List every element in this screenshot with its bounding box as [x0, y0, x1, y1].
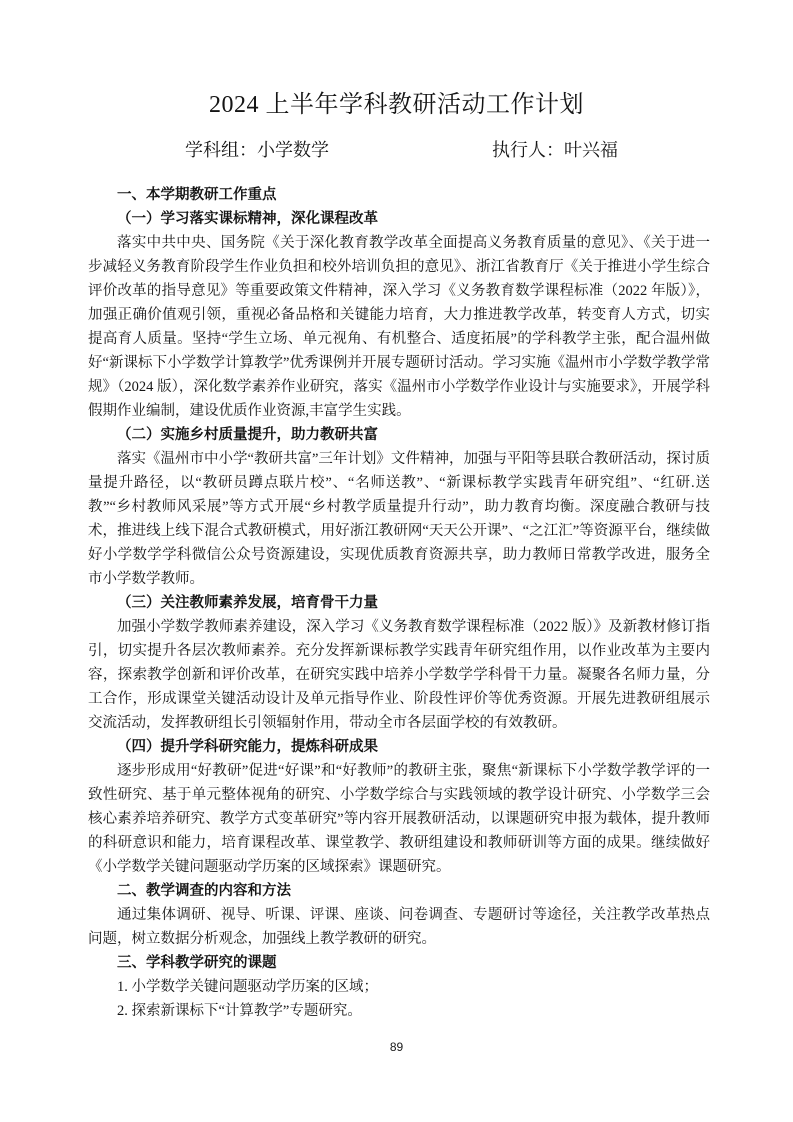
body-paragraph: 通过集体调研、视导、听课、评课、座谈、问卷调查、专题研讨等途径，关注教学改革热点…	[88, 903, 710, 951]
numbered-item: 1. 小学数学关键问题驱动学历案的区域；	[88, 975, 710, 999]
numbered-item: 2. 探索新课标下“计算教学”专题研究。	[88, 999, 710, 1023]
executor-label: 执行人：叶兴福	[492, 138, 618, 162]
section-heading-level1: 一、本学期教研工作重点	[88, 183, 710, 207]
body-paragraph: 逐步形成用“好教研”促进“好课”和“好教师”的教研主张，聚焦“新课标下小学数学教…	[88, 759, 710, 879]
section-heading-level2: （二）实施乡村质量提升，助力教研共富	[88, 423, 710, 447]
section-heading-level2: （三）关注教师素养发展，培育骨干力量	[88, 591, 710, 615]
section-heading-level2: （一）学习落实课标精神，深化课程改革	[88, 207, 710, 231]
section-heading-level1: 二、教学调查的内容和方法	[88, 879, 710, 903]
document-title: 2024 上半年学科教研活动工作计划	[0, 84, 793, 119]
meta-row: 学科组：小学数学 执行人：叶兴福	[185, 138, 618, 162]
document-page: 2024 上半年学科教研活动工作计划 学科组：小学数学 执行人：叶兴福 一、本学…	[0, 0, 793, 1122]
body-paragraph: 落实中共中央、国务院《关于深化教育教学改革全面提高义务教育质量的意见》、《关于进…	[88, 231, 710, 423]
section-heading-level1: 三、学科教学研究的课题	[88, 951, 710, 975]
document-body: 一、本学期教研工作重点（一）学习落实课标精神，深化课程改革落实中共中央、国务院《…	[88, 183, 710, 1023]
page-number: 89	[0, 1040, 793, 1054]
body-paragraph: 加强小学数学教师素养建设，深入学习《义务教育数学课程标准（2022 版）》及新教…	[88, 615, 710, 735]
subject-group-label: 学科组：小学数学	[185, 138, 329, 162]
section-heading-level2: （四）提升学科研究能力，提炼科研成果	[88, 735, 710, 759]
body-paragraph: 落实《温州市中小学“教研共富”三年计划》文件精神，加强与平阳等县联合教研活动，探…	[88, 447, 710, 591]
